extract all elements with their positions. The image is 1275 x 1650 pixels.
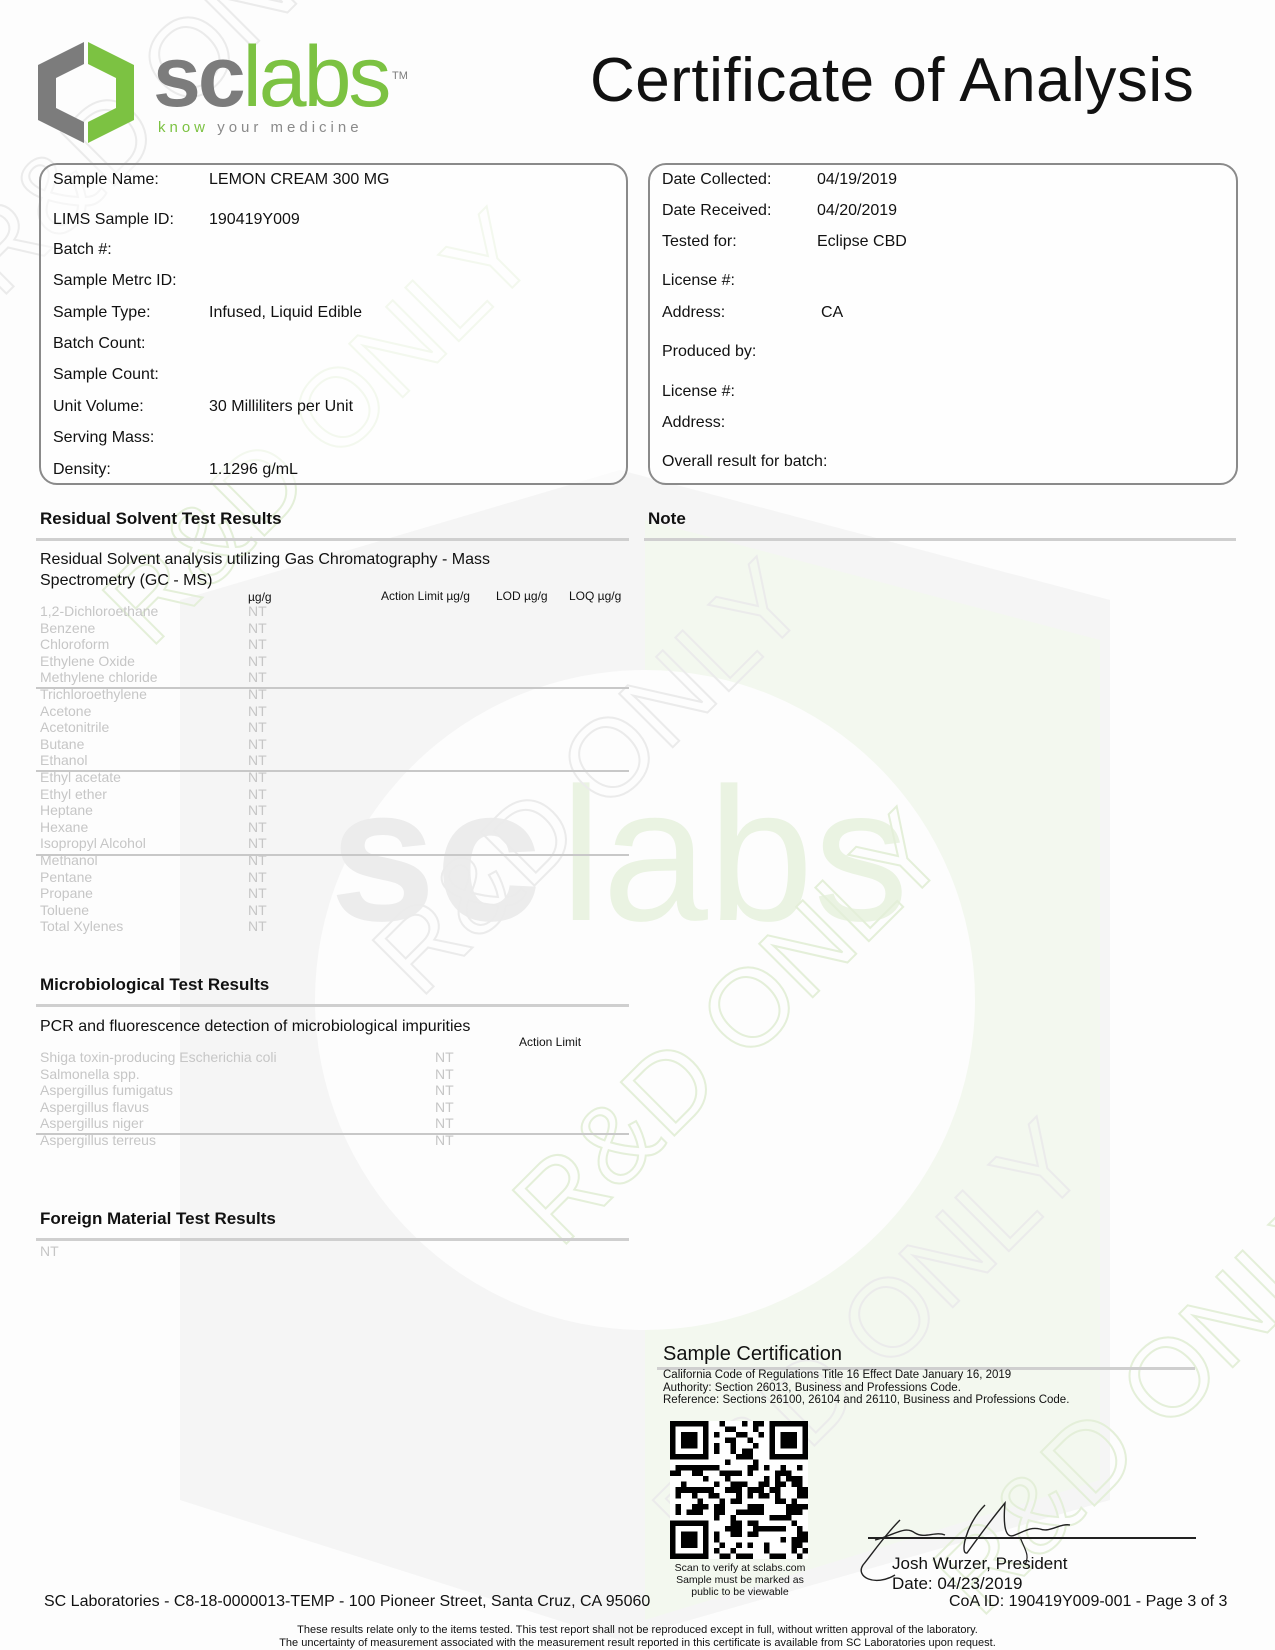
table-row: 1,2-DichloroethaneNT	[40, 603, 620, 620]
solvent-result: NT	[248, 902, 267, 918]
column-header-lod: LOD µg/g	[496, 589, 548, 603]
solvent-name: Pentane	[40, 869, 92, 885]
table-row: AcetoneNT	[40, 703, 620, 720]
signer-name: Josh Wurzer, President	[892, 1554, 1067, 1574]
solvent-name: Total Xylenes	[40, 918, 123, 934]
solvent-name: Acetonitrile	[40, 719, 109, 735]
table-row: Total XylenesNT	[40, 918, 620, 935]
lab-address: SC Laboratories - C8-18-0000013-TEMP - 1…	[44, 1593, 650, 1611]
analyte-name: Aspergillus niger	[40, 1115, 144, 1131]
solvent-result: NT	[248, 636, 267, 652]
disclaimer: These results relate only to the items t…	[0, 1624, 1275, 1650]
analyte-result: NT	[435, 1115, 454, 1131]
solvent-result: NT	[248, 869, 267, 885]
logo-wordmark: sclabs	[153, 34, 388, 120]
table-row: ButaneNT	[40, 736, 620, 753]
table-row: Ethyl etherNT	[40, 786, 620, 803]
solvent-result: NT	[248, 752, 267, 768]
solvent-result: NT	[248, 703, 267, 719]
note-heading: Note	[648, 509, 686, 529]
table-row: EthanolNT	[40, 752, 620, 769]
solvent-result: NT	[248, 719, 267, 735]
solvent-name: Ethyl ether	[40, 786, 107, 802]
solvent-name: Acetone	[40, 703, 91, 719]
logo-tagline: know your medicine	[158, 119, 363, 136]
table-row: Aspergillus nigerNT	[40, 1115, 620, 1132]
divider	[36, 1238, 629, 1241]
signature-date: Date: 04/23/2019	[892, 1574, 1022, 1594]
solvent-result: NT	[248, 802, 267, 818]
analyte-name: Shiga toxin-producing Escherichia coli	[40, 1049, 277, 1065]
analyte-name: Salmonella spp.	[40, 1066, 140, 1082]
solvent-result: NT	[248, 736, 267, 752]
sample-info-box: Sample Name:LEMON CREAM 300 MG LIMS Samp…	[39, 163, 628, 485]
table-row: HeptaneNT	[40, 802, 620, 819]
table-row: BenzeneNT	[40, 620, 620, 637]
table-row: Salmonella spp.NT	[40, 1066, 620, 1083]
foreign-material-result: NT	[40, 1243, 59, 1259]
solvent-name: Butane	[40, 736, 84, 752]
solvent-name: Toluene	[40, 902, 89, 918]
solvent-name: 1,2-Dichloroethane	[40, 603, 158, 619]
certification-text: California Code of Regulations Title 16 …	[663, 1369, 1069, 1407]
divider	[36, 1133, 629, 1135]
table-row: Isopropyl AlcoholNT	[40, 835, 620, 852]
table-row: Shiga toxin-producing Escherichia coliNT	[40, 1049, 620, 1066]
solvent-result: NT	[248, 835, 267, 851]
analyte-result: NT	[435, 1082, 454, 1098]
solvent-name: Chloroform	[40, 636, 109, 652]
client-info-box: Date Collected:04/19/2019 Date Received:…	[648, 163, 1238, 485]
solvent-name: Ethylene Oxide	[40, 653, 135, 669]
solvent-result: NT	[248, 819, 267, 835]
divider	[644, 538, 1236, 541]
column-header-loq: LOQ µg/g	[569, 589, 621, 603]
column-header-action-limit: Action Limit	[519, 1035, 581, 1049]
solvent-result: NT	[248, 918, 267, 934]
qr-code[interactable]	[670, 1421, 808, 1559]
solvent-result: NT	[248, 653, 267, 669]
solvent-result: NT	[248, 620, 267, 636]
microbiological-description: PCR and fluorescence detection of microb…	[40, 1016, 470, 1037]
solvent-name: Isopropyl Alcohol	[40, 835, 146, 851]
qr-caption: Scan to verify at sclabs.com Sample must…	[655, 1562, 825, 1598]
solvent-result: NT	[248, 603, 267, 619]
table-row: HexaneNT	[40, 819, 620, 836]
divider	[36, 538, 629, 541]
solvent-name: Hexane	[40, 819, 88, 835]
column-header-result: µg/g	[248, 590, 272, 604]
solvent-result: NT	[248, 786, 267, 802]
trademark: TM	[392, 70, 408, 82]
table-row: ChloroformNT	[40, 636, 620, 653]
microbiological-heading: Microbiological Test Results	[40, 975, 269, 995]
solvent-name: Benzene	[40, 620, 95, 636]
signature-line	[868, 1537, 1196, 1539]
table-row: PropaneNT	[40, 885, 620, 902]
table-row: Ethylene OxideNT	[40, 653, 620, 670]
solvent-result: NT	[248, 885, 267, 901]
solvent-name: Heptane	[40, 802, 93, 818]
solvent-result: NT	[248, 669, 267, 685]
table-row: Aspergillus fumigatusNT	[40, 1082, 620, 1099]
sclabs-logo: sclabs TM know your medicine	[36, 40, 416, 145]
residual-solvent-description: Residual Solvent analysis utilizing Gas …	[40, 549, 540, 591]
table-row: Aspergillus flavusNT	[40, 1099, 620, 1116]
solvent-name: Ethanol	[40, 752, 87, 768]
analyte-result: NT	[435, 1049, 454, 1065]
solvent-name: Methylene chloride	[40, 669, 158, 685]
divider	[36, 1004, 629, 1007]
divider	[36, 687, 629, 689]
divider	[36, 770, 629, 772]
table-row: AcetonitrileNT	[40, 719, 620, 736]
table-row: TolueneNT	[40, 902, 620, 919]
divider	[36, 854, 629, 856]
analyte-result: NT	[435, 1066, 454, 1082]
table-row: PentaneNT	[40, 869, 620, 886]
column-header-action-limit: Action Limit µg/g	[381, 589, 470, 603]
page-title: Certificate of Analysis	[590, 45, 1194, 116]
analyte-name: Aspergillus fumigatus	[40, 1082, 173, 1098]
foreign-material-heading: Foreign Material Test Results	[40, 1209, 276, 1229]
sample-certification-heading: Sample Certification	[663, 1343, 842, 1366]
hexagon-logo-icon	[36, 40, 136, 145]
solvent-name: Propane	[40, 885, 93, 901]
analyte-name: Aspergillus flavus	[40, 1099, 149, 1115]
table-row: Methylene chlorideNT	[40, 669, 620, 686]
coa-id-page: CoA ID: 190419Y009-001 - Page 3 of 3	[949, 1593, 1227, 1611]
residual-solvent-heading: Residual Solvent Test Results	[40, 509, 282, 529]
analyte-result: NT	[435, 1099, 454, 1115]
